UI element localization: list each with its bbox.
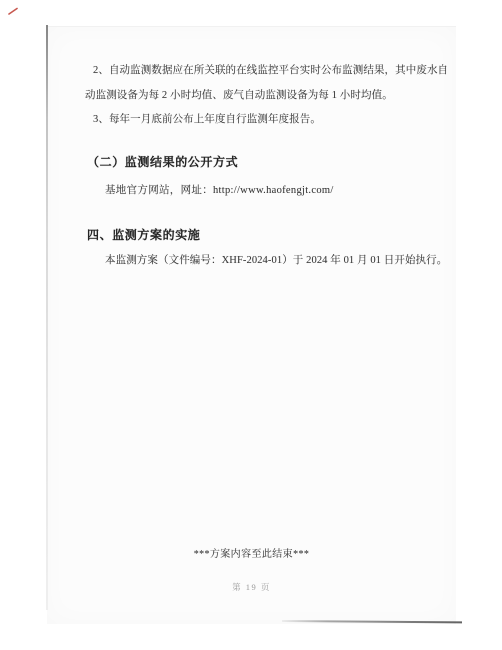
section-implementation-heading: 四、监测方案的实施 [87,226,200,243]
scanned-document-screenshot: 2、自动监测数据应在所关联的在线监控平台实时公布监测结果，其中废水自 动监测设备… [0,0,502,650]
implementation-line: 本监测方案（文件编号：XHF-2024-01）于 2024 年 01 月 01 … [105,252,447,267]
website-line: 基地官方网站，网址：http://www.haofengjt.com/ [105,182,334,197]
page-number: 第 19 页 [47,581,456,593]
page-left-edge-line [46,25,48,610]
end-of-plan-marker: ***方案内容至此结束*** [47,545,456,560]
section-disclosure-heading: （二）监测结果的公开方式 [87,153,238,170]
list-item-3: 3、每年一月底前公布上年度自行监测年度报告。 [93,111,321,126]
red-corner-mark-icon [8,2,20,10]
list-item-2-line-2: 动监测设备为每 2 小时均值、废气自动监测设备为每 1 小时均值。 [85,87,393,102]
list-item-2-line-1: 2、自动监测数据应在所关联的在线监控平台实时公布监测结果，其中废水自 [93,62,448,77]
